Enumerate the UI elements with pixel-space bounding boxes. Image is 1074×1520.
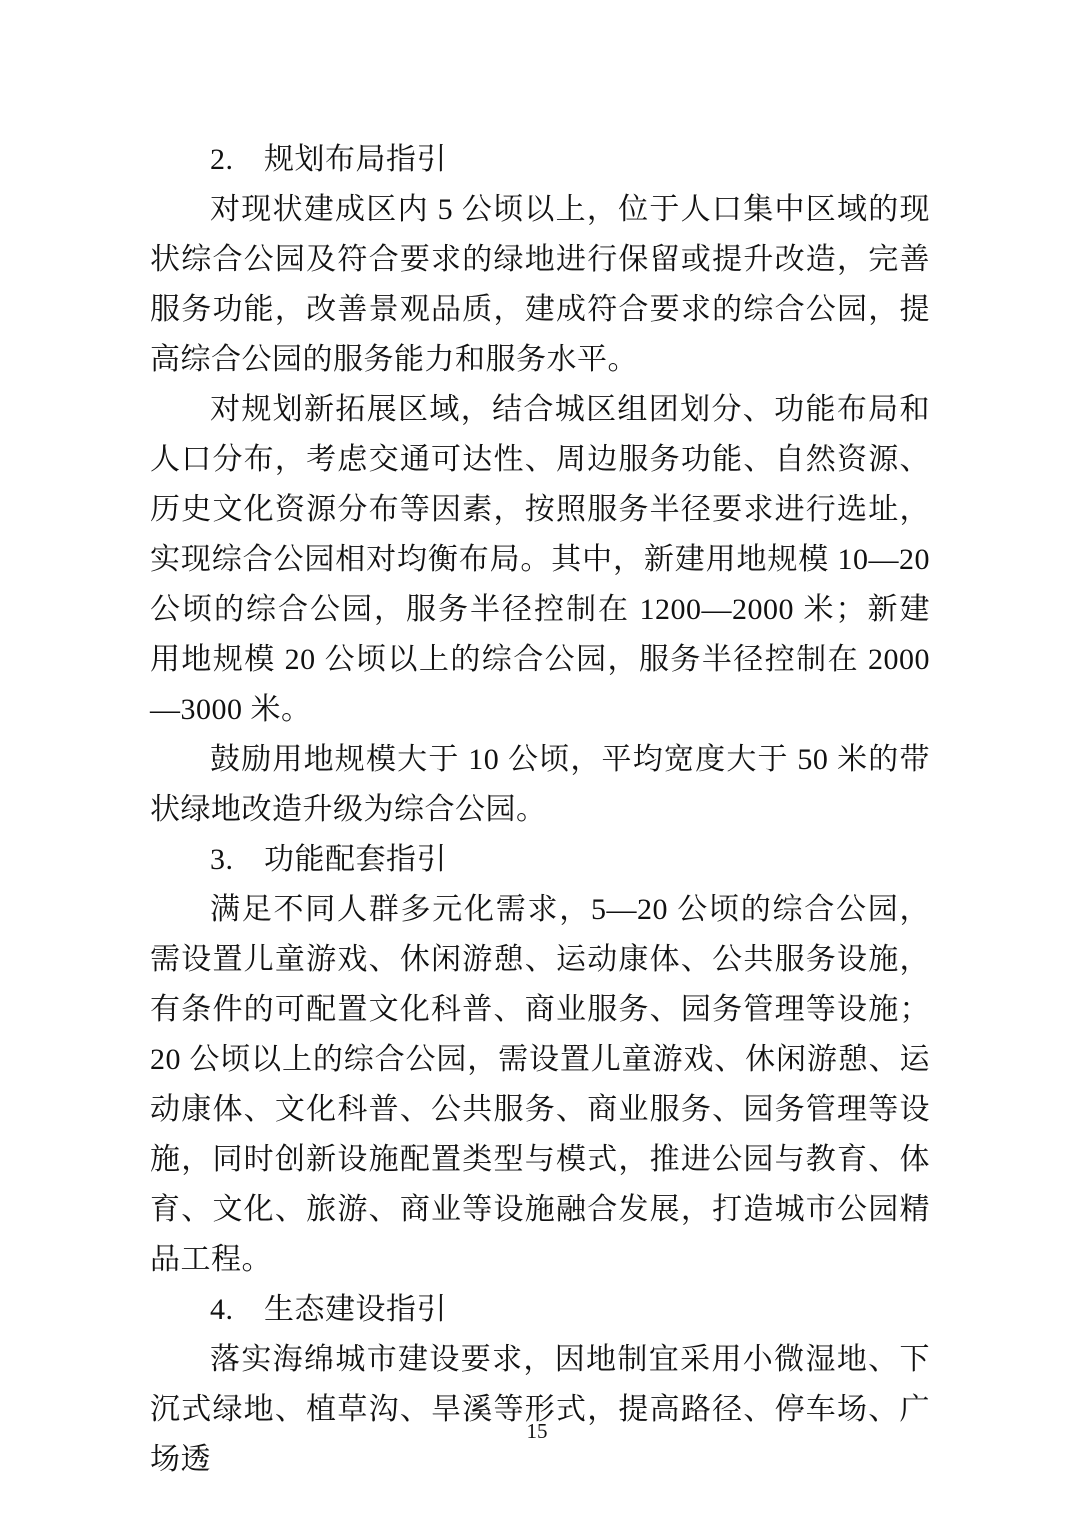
page-number: 15 [0,1416,1074,1446]
paragraph-belt-greenspace-upgrade: 鼓励用地规模大于 10 公顷，平均宽度大于 50 米的带状绿地改造升级为综合公园… [150,735,930,835]
paragraph-sponge-city: 落实海绵城市建设要求，因地制宜采用小微湿地、下沉式绿地、植草沟、旱溪等形式，提高… [150,1335,930,1485]
section-heading-ecological-construction: 4. 生态建设指引 [150,1285,930,1335]
paragraph-facility-requirements: 满足不同人群多元化需求，5—20 公顷的综合公园，需设置儿童游戏、休闲游憩、运动… [150,885,930,1285]
document-body: 2. 规划布局指引 对现状建成区内 5 公顷以上，位于人口集中区域的现状综合公园… [150,135,930,1485]
section-heading-functional-facilities: 3. 功能配套指引 [150,835,930,885]
paragraph-new-expansion-area: 对规划新拓展区域，结合城区组团划分、功能布局和人口分布，考虑交通可达性、周边服务… [150,385,930,735]
paragraph-existing-built-area: 对现状建成区内 5 公顷以上，位于人口集中区域的现状综合公园及符合要求的绿地进行… [150,185,930,385]
section-heading-planning-layout: 2. 规划布局指引 [150,135,930,185]
document-page: 2. 规划布局指引 对现状建成区内 5 公顷以上，位于人口集中区域的现状综合公园… [0,0,1074,1520]
